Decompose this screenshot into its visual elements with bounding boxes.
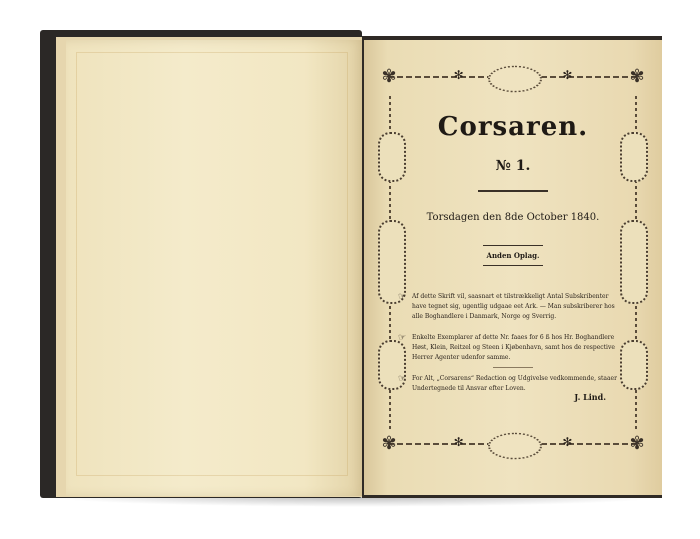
decorative-rule bbox=[478, 190, 548, 192]
divider bbox=[493, 367, 533, 368]
divider bbox=[483, 245, 543, 246]
ornament-star-icon: ✻ bbox=[454, 68, 464, 82]
ornament-star-icon: ✻ bbox=[562, 68, 572, 82]
signature: J. Lind. bbox=[574, 392, 606, 402]
ornament-star-icon: ✻ bbox=[562, 435, 572, 449]
notice-subscription: ☞ Af dette Skrift vil, saasnart et tilst… bbox=[412, 292, 618, 322]
ornament-star-icon: ✻ bbox=[454, 435, 464, 449]
page-stain-border bbox=[76, 52, 348, 476]
pointing-hand-icon: ☞ bbox=[398, 333, 406, 343]
pointing-hand-icon: ☞ bbox=[398, 374, 406, 384]
ornamental-border-bottom: ✾ ✻ ✻ ✾ bbox=[378, 431, 648, 457]
edition-label: Anden Oplag. bbox=[364, 251, 662, 260]
notice-single-copies: ☞ Enkelte Exemplarer af dette Nr. faaes … bbox=[412, 333, 618, 363]
ornament-corner-icon: ✾ bbox=[626, 64, 648, 90]
right-page-title-page: ✾ ✻ ✻ ✾ Corsaren. № 1. Torsdagen den 8de… bbox=[364, 40, 662, 495]
notice-editorial: ☞ For Alt, „Corsarens“ Redaction og Udgi… bbox=[412, 374, 618, 394]
left-page-blank bbox=[66, 40, 364, 496]
divider bbox=[483, 265, 543, 266]
issue-date: Torsdagen den 8de October 1840. bbox=[364, 212, 662, 223]
ornament-corner-icon: ✾ bbox=[626, 431, 648, 457]
ornament-medallion-icon bbox=[488, 66, 542, 93]
side-ornament-icon bbox=[620, 220, 648, 304]
side-ornament-icon bbox=[620, 340, 648, 390]
publication-title: Corsaren. bbox=[364, 112, 662, 142]
ornamental-border-top: ✾ ✻ ✻ ✾ bbox=[378, 64, 648, 90]
ornament-corner-icon: ✾ bbox=[378, 64, 400, 90]
ornament-corner-icon: ✾ bbox=[378, 431, 400, 457]
ornament-medallion-icon bbox=[488, 433, 542, 460]
pointing-hand-icon: ☞ bbox=[398, 292, 406, 302]
issue-number: № 1. bbox=[364, 158, 662, 174]
